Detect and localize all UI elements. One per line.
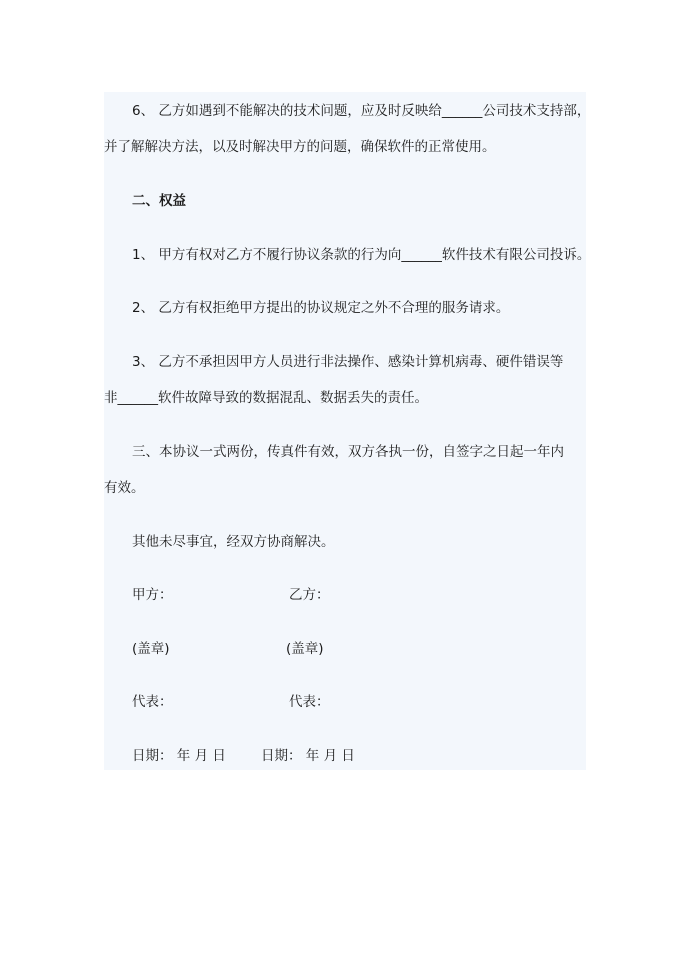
party-b-label: 乙方： xyxy=(289,585,330,605)
party-b-representative: 代表： xyxy=(289,692,330,712)
rights-item-2: 2、 乙方有权拒绝甲方提出的协议规定之外不合理的服务请求。 xyxy=(132,298,509,318)
other-matters: 其他未尽事宜，经双方协商解决。 xyxy=(132,532,335,552)
section-3-line-1: 三、本协议一式两份，传真件有效，双方各执一份，自签字之日起一年内 xyxy=(132,442,564,462)
section-3-line-2: 有效。 xyxy=(104,478,145,498)
party-a-date: 日期： 年 月 日 xyxy=(132,746,226,766)
rights-item-3-line-2: 非______软件故障导致的数据混乱、数据丢失的责任。 xyxy=(104,388,428,408)
party-a-seal: (盖章) xyxy=(132,639,170,659)
party-a-label: 甲方： xyxy=(132,585,173,605)
clause-6-line-2: 并了解解决方法，以及时解决甲方的问题，确保软件的正常使用。 xyxy=(104,137,496,157)
section-2-title: 二、权益 xyxy=(132,191,186,211)
party-b-seal: (盖章) xyxy=(286,639,324,659)
party-b-date: 日期： 年 月 日 xyxy=(261,746,355,766)
clause-6-line-1: 6、 乙方如遇到不能解决的技术问题，应及时反映给______公司技术支持部， xyxy=(132,101,590,121)
party-a-representative: 代表： xyxy=(132,692,173,712)
rights-item-3-line-1: 3、 乙方不承担因甲方人员进行非法操作、感染计算机病毒、硬件错误等 xyxy=(132,352,563,372)
rights-item-1: 1、 甲方有权对乙方不履行协议条款的行为向______软件技术有限公司投诉。 xyxy=(132,245,590,265)
